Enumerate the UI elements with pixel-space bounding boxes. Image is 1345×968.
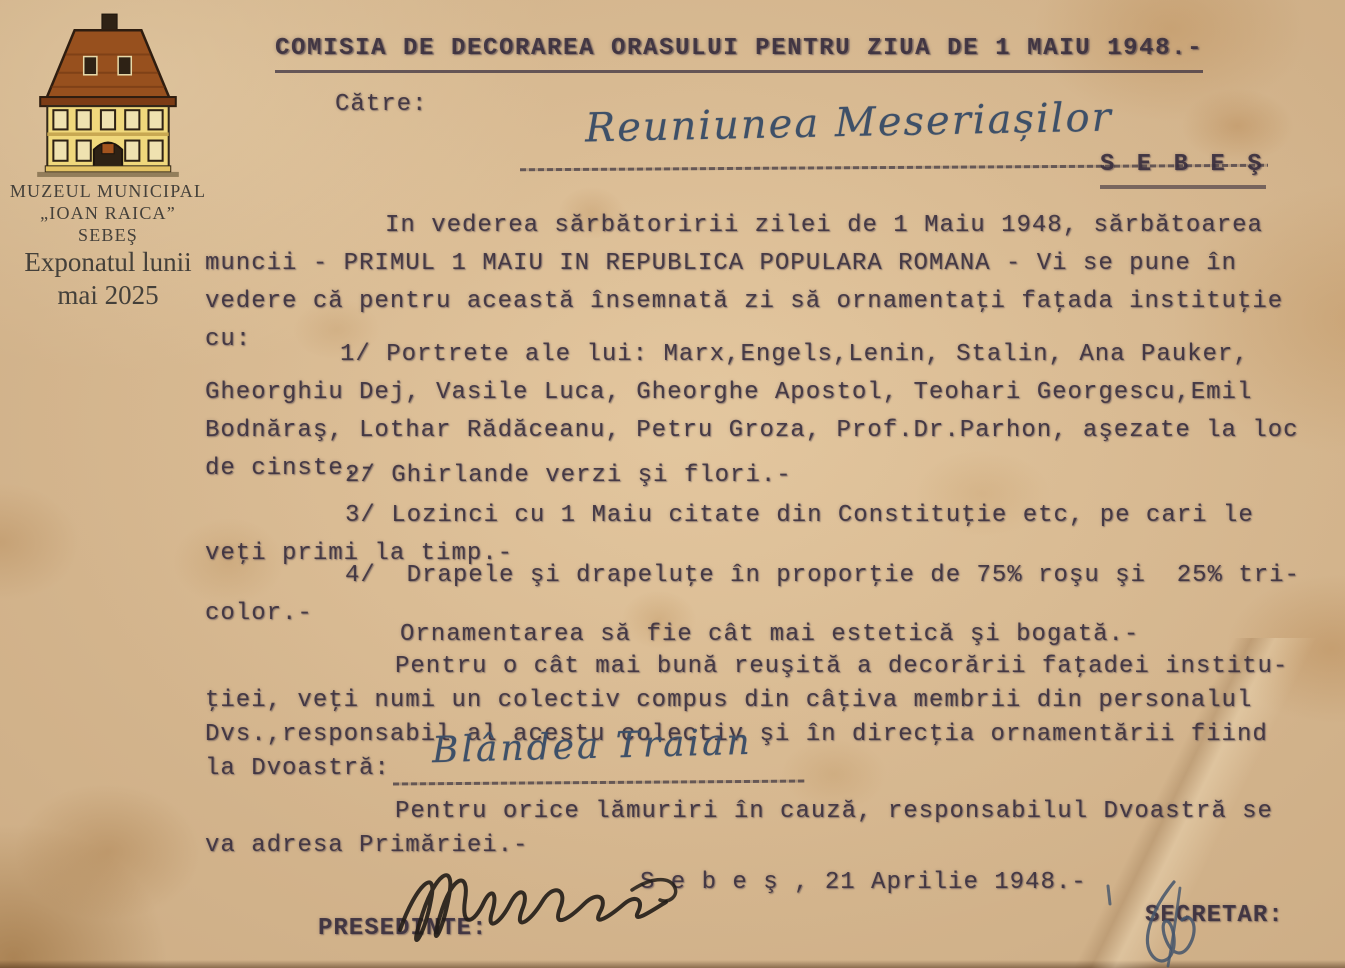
museum-logo: MUZEUL MUNICIPAL „IOAN RAICA” SEBEŞ Expo… bbox=[8, 8, 208, 312]
text-line: Ornamentarea să fie cât mai estetică şi … bbox=[205, 616, 1139, 654]
text-line: muncii - PRIMUL 1 MAIU IN REPUBLICA POPU… bbox=[205, 245, 1283, 283]
text-line: va adresa Primăriei.- bbox=[205, 829, 1273, 863]
paragraph-colectiv: Pentru o cât mai bună reuşită a decorări… bbox=[205, 650, 1288, 786]
paragraph-contact: Pentru orice lămuriri în cauză, responsa… bbox=[205, 795, 1273, 863]
text-line: Bodnăraş, Lothar Rădăceanu, Petru Groza,… bbox=[205, 412, 1299, 450]
addressee-handwritten: Reuniunea Meseriașilor bbox=[585, 94, 1114, 151]
text-line: 2/ Ghirlande verzi şi flori.- bbox=[205, 457, 792, 495]
museum-name-line2: „IOAN RAICA” SEBEŞ bbox=[8, 202, 208, 246]
museum-name-line1: MUZEUL MUNICIPAL bbox=[8, 180, 208, 202]
text-line: 3/ Lozinci cu 1 Maiu citate din Constitu… bbox=[205, 497, 1254, 535]
exhibit-of-month-line2: mai 2025 bbox=[8, 279, 208, 312]
letter-title: COMISIA DE DECORAREA ORASULUI PENTRU ZIU… bbox=[275, 30, 1203, 73]
exhibit-of-month-line1: Exponatul lunii bbox=[8, 246, 208, 279]
dateline: S e b e ş , 21 Aprilie 1948.- bbox=[640, 864, 1087, 902]
city-header: S E B E Ş bbox=[1100, 146, 1266, 189]
text-line: Pentru orice lămuriri în cauză, responsa… bbox=[205, 795, 1273, 829]
text-line: In vederea sărbătoririi zilei de 1 Maiu … bbox=[205, 207, 1283, 245]
scanned-letter-page: MUZEUL MUNICIPAL „IOAN RAICA” SEBEŞ Expo… bbox=[0, 0, 1345, 968]
museum-building-icon bbox=[27, 8, 189, 180]
text-line: 1/ Portrete ale lui: Marx,Engels,Lenin, … bbox=[205, 336, 1299, 374]
responsible-name-handwritten: Blândea Traian bbox=[432, 722, 754, 771]
text-line: Gheorghiu Dej, Vasile Luca, Gheorghe Apo… bbox=[205, 374, 1299, 412]
secretary-signature bbox=[1096, 878, 1246, 968]
salutation: Către: bbox=[335, 86, 427, 124]
paragraph-ornament: Ornamentarea să fie cât mai estetică şi … bbox=[205, 616, 1139, 654]
text-line: ţiei, veţi numi un colectiv compus din c… bbox=[205, 684, 1288, 718]
text-line: Pentru o cât mai bună reuşită a decorări… bbox=[205, 650, 1288, 684]
text-line: vedere că pentru această însemnată zi să… bbox=[205, 283, 1283, 321]
text-line: 4/ Drapele şi drapeluţe în proporţie de … bbox=[205, 557, 1300, 595]
list-item-2: 2/ Ghirlande verzi şi flori.- bbox=[205, 457, 792, 495]
president-signature bbox=[382, 850, 692, 966]
